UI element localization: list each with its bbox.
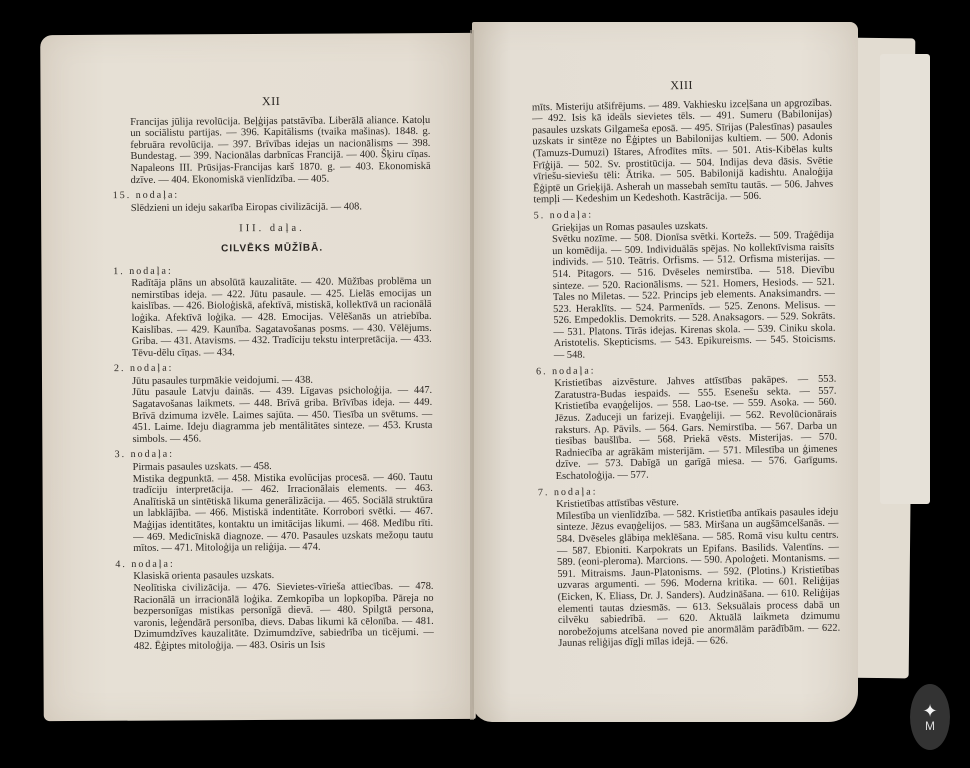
chapter-label: 3. nodaļa: <box>115 447 433 461</box>
page-number: XII <box>112 95 430 109</box>
left-page-text: XII Francijas jūlija revolūcija. Beļģija… <box>112 95 434 653</box>
chapter-text: Neolītiska civilizācija. — 476. Sieviete… <box>133 581 433 653</box>
part-heading: III. daļa. <box>113 222 431 236</box>
intro-paragraph: mīts. Misteriju atšifrējums. — 489. Vakh… <box>532 97 834 206</box>
chapter-label: 4. nodaļa: <box>115 557 433 571</box>
intro-paragraph: Francijas jūlija revolūcija. Beļģijas pa… <box>130 114 430 186</box>
chapter-text: Mīlestība un vienlīdzība. — 582. Kristie… <box>556 506 840 650</box>
chapter-label: 15. nodaļa: <box>113 188 431 202</box>
chapter-label: 2. nodaļa: <box>114 361 432 375</box>
chapter-text: Jūtu pasaule Latvju dainās. — 439. Līgav… <box>132 385 432 445</box>
star-diamond-logo-icon: ✦ <box>922 702 937 720</box>
watermark-logo: ✦ M <box>910 684 950 750</box>
chapter-text: Mistika degpunktā. — 458. Mistika evolūc… <box>133 472 434 555</box>
chapter-text: Radītāja plāns un absolūtā kauzalitāte. … <box>131 276 432 359</box>
chapter-text: Svētku nozīme. — 508. Dionīsa svētki. Ko… <box>552 230 836 362</box>
book-gutter <box>470 30 474 720</box>
chapter-label: 1. nodaļa: <box>113 263 431 277</box>
watermark-letter: M <box>925 720 935 732</box>
loose-sheet-edge <box>880 54 930 504</box>
chapter-text: Slēdzieni un ideju sakarība Eiropas civi… <box>131 201 431 215</box>
chapter-text: Kristietības aizvēsture. Jahves attīstīb… <box>554 374 838 483</box>
right-page-text: XIII mīts. Misteriju atšifrējums. — 489.… <box>532 78 841 651</box>
part-title: CILVĒKS MŪŽĪBĀ. <box>113 242 431 256</box>
